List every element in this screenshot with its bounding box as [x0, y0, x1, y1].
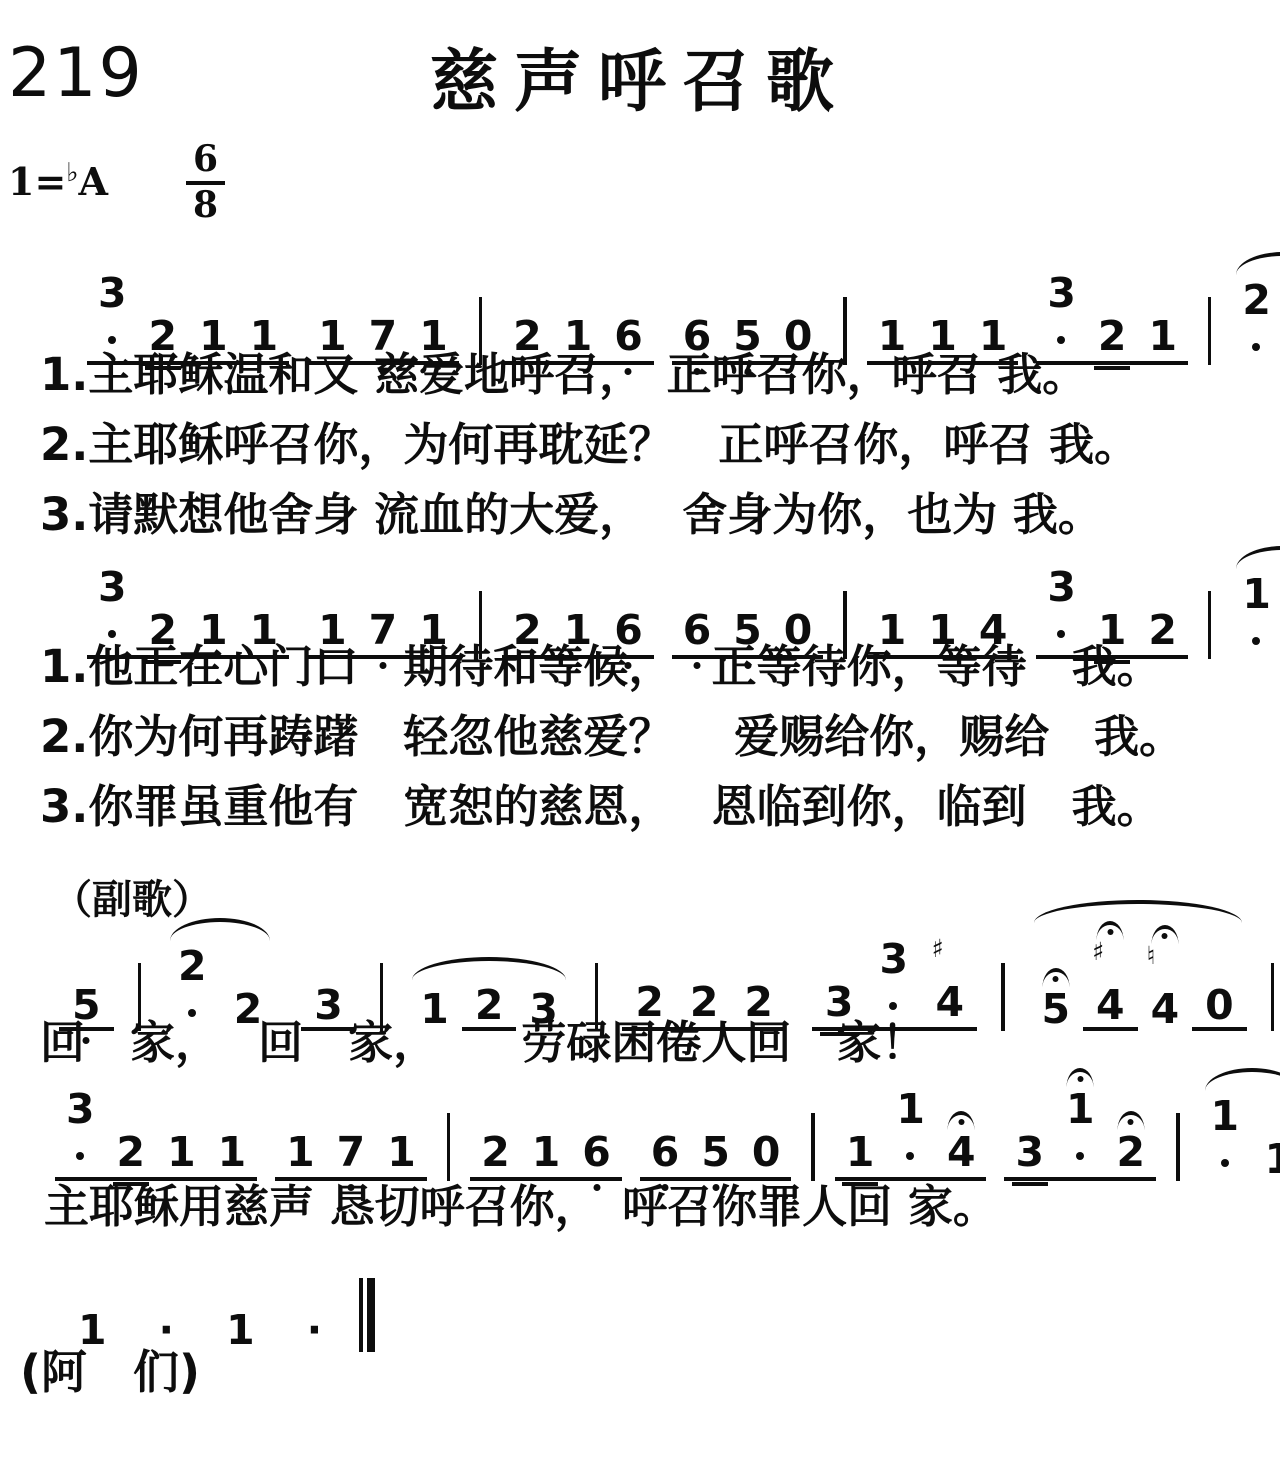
note-number: 2 [178, 942, 207, 990]
notes-row: 11 [1231, 573, 1280, 659]
note: 6 [571, 1131, 622, 1174]
note: 2 [1106, 1131, 1157, 1174]
barline [1271, 963, 1274, 1031]
note-number: 4 [936, 978, 965, 1026]
note-number: 3 [98, 563, 127, 611]
slur-group: 11 [1231, 573, 1280, 659]
key-prefix: 1= [8, 159, 66, 204]
note-number: 3 [1047, 563, 1076, 611]
note-number: 3 [66, 1085, 95, 1133]
augmentation-dot [76, 1152, 84, 1160]
note-number: 1 [1066, 1085, 1095, 1133]
note: 4 [936, 1131, 987, 1174]
barline [1001, 963, 1004, 1031]
beam-group: 312 [1004, 1088, 1156, 1181]
page-title: 慈声呼召歌 [0, 28, 1280, 125]
note-group: · [294, 1309, 336, 1352]
note: 1 [1200, 1095, 1254, 1181]
note-number: 1 [226, 1306, 255, 1354]
note: 5 [1029, 988, 1084, 1031]
note-number: 2 [481, 1128, 510, 1176]
fermata-icon [1117, 1111, 1144, 1130]
music-line-4: 3211171216650114312110 [46, 1088, 1280, 1181]
note-group: 1 [213, 1309, 268, 1352]
note-number: 7 [337, 1128, 366, 1176]
note-number: 1 [1265, 1135, 1280, 1183]
time-numerator: 6 [186, 140, 225, 185]
note: ♯4 [1083, 941, 1138, 1031]
note: 1 [376, 1131, 427, 1174]
note: · [294, 1309, 336, 1352]
note-number: 0 [1205, 981, 1234, 1029]
note-number: 3 [98, 269, 127, 317]
note-number: 1 [846, 1128, 875, 1176]
note-number: 5 [701, 1128, 730, 1176]
note-number: 1 [1211, 1092, 1240, 1140]
verse-2-lyrics: 1.他正在心门口 期待和等候， 正等待你，等待 我。2.你为何再踌躇 轻忽他慈爱… [40, 632, 1184, 842]
note: ♮4 [1138, 945, 1193, 1031]
sharp-icon: ♯ [932, 936, 944, 962]
notes-row: · [294, 1309, 336, 1352]
note-number: · [307, 1306, 323, 1354]
note-number: 1 [387, 1128, 416, 1176]
fermata-icon [1067, 1068, 1094, 1087]
natural-icon: ♮ [1147, 943, 1156, 969]
note-number: 1 [896, 1085, 925, 1133]
augmentation-dot [906, 1152, 914, 1160]
notes-row: 1 [213, 1309, 268, 1352]
note-number: 6 [582, 1128, 611, 1176]
beam-group: 114 [835, 1088, 987, 1181]
fermata-icon [948, 1111, 975, 1130]
note-group: 114 [835, 1088, 987, 1181]
note-group: 312 [1004, 1088, 1156, 1181]
note: 3 [1004, 1131, 1055, 1174]
note: 2 [1231, 279, 1280, 365]
notes-row: 11 [1200, 1095, 1280, 1181]
lyric-line: 主耶稣用慈声 恳切呼召你， 呼召你罪人回 家。 [44, 1172, 998, 1242]
hymn-sheet-page: 219 慈声呼召歌 1=♭A 6 8 321117121665011132122… [0, 0, 1280, 1473]
note: 0 [1192, 984, 1247, 1031]
flat-icon: ♭ [66, 158, 78, 188]
chorus-label: （副歌） [52, 868, 212, 925]
lyric-line: 1.主耶稣温和又 慈爱地呼召， 正呼召你，呼召 我。 [40, 340, 1139, 410]
note: ♯4 [923, 938, 978, 1024]
barline [811, 1113, 814, 1181]
barline [1208, 591, 1211, 659]
key-signature: 1=♭A [8, 158, 108, 204]
slur-group: 11 [1200, 1095, 1280, 1181]
note: 1 [885, 1088, 936, 1174]
beam-group: 3211 [55, 1088, 257, 1181]
note: 1 [1137, 315, 1188, 358]
fermata-icon [1042, 968, 1069, 987]
note: 1 [156, 1131, 207, 1174]
augmentation-dot [1252, 637, 1260, 645]
lyric-line: 3.你罪虽重他有 宽恕的慈恩， 恩临到你，临到 我。 [40, 772, 1184, 842]
note: 7 [326, 1131, 377, 1174]
note-number: 2 [117, 1128, 146, 1176]
note: 1 [213, 1309, 268, 1352]
note: 6 [640, 1131, 691, 1174]
note-number: 3 [879, 935, 908, 983]
note: 3 [55, 1088, 106, 1174]
note-number: 3 [1047, 269, 1076, 317]
note-group: 3211 [55, 1088, 257, 1181]
note-number: 1 [532, 1128, 561, 1176]
barline [447, 1113, 450, 1181]
note: 1 [1231, 573, 1280, 659]
key-note: A [79, 159, 108, 204]
note: 1 [1055, 1088, 1106, 1174]
note: 1 [1254, 1138, 1280, 1181]
slur-group: 22 [1231, 279, 1280, 365]
note: 1 [275, 1131, 326, 1174]
time-signature: 6 8 [186, 140, 225, 225]
final-barline [359, 1278, 375, 1352]
note: 0 [741, 1131, 792, 1174]
note-number: 0 [752, 1128, 781, 1176]
lyric-line: 3.请默想他舍身 流血的大爱， 舍身为你，也为 我。 [40, 480, 1139, 550]
note-number: 4 [947, 1128, 976, 1176]
slur-group: 5♯4♮40 [1029, 941, 1247, 1031]
note: 1 [521, 1131, 572, 1174]
notes-row: 5♯4♮40 [1029, 941, 1247, 1031]
verse-1-lyrics: 1.主耶稣温和又 慈爱地呼召， 正呼召你，呼召 我。2.主耶稣呼召你，为何再耽延… [40, 340, 1139, 550]
note-number: 5 [1042, 985, 1071, 1033]
lyric-line: 2.你为何再踌躇 轻忽他慈爱？ 爱赐给你，赐给 我。 [40, 702, 1184, 772]
note-number: 1 [167, 1128, 196, 1176]
amen-label: (阿 们) [20, 1336, 200, 1402]
note-number: 2 [1242, 276, 1271, 324]
note-number: 4 [1151, 985, 1180, 1033]
note: 2 [106, 1131, 157, 1174]
note-number: 1 [1242, 570, 1271, 618]
note-number: 6 [651, 1128, 680, 1176]
augmentation-dot [1221, 1159, 1229, 1167]
note-number: 1 [1148, 312, 1177, 360]
chorus-lyrics: 回 家， 回 家， 劳碌困倦人回 家！ [40, 1008, 926, 1078]
augmentation-dot [1076, 1152, 1084, 1160]
closing-lyrics: 主耶稣用慈声 恳切呼召你， 呼召你罪人回 家。 [44, 1172, 998, 1242]
lyric-line: 回 家， 回 家， 劳碌困倦人回 家！ [40, 1008, 926, 1078]
lyric-line: 2.主耶稣呼召你，为何再耽延？ 正呼召你，呼召 我。 [40, 410, 1139, 480]
note-number: 4 [1096, 981, 1125, 1029]
note: 1 [207, 1131, 258, 1174]
notes-row: 22 [1231, 279, 1280, 365]
augmentation-dot [1252, 343, 1260, 351]
note: 5 [690, 1131, 741, 1174]
lyric-line: 1.他正在心门口 期待和等候， 正等待你，等待 我。 [40, 632, 1184, 702]
time-denominator: 8 [193, 185, 218, 226]
note-number: 2 [1117, 1128, 1146, 1176]
barline [1208, 297, 1211, 365]
note-number: 3 [1015, 1128, 1044, 1176]
note-number: 1 [218, 1128, 247, 1176]
sharp-icon: ♯ [1092, 939, 1104, 965]
note: 1 [835, 1131, 886, 1174]
note-number: 1 [286, 1128, 315, 1176]
barline [1176, 1113, 1179, 1181]
note: 2 [470, 1131, 521, 1174]
